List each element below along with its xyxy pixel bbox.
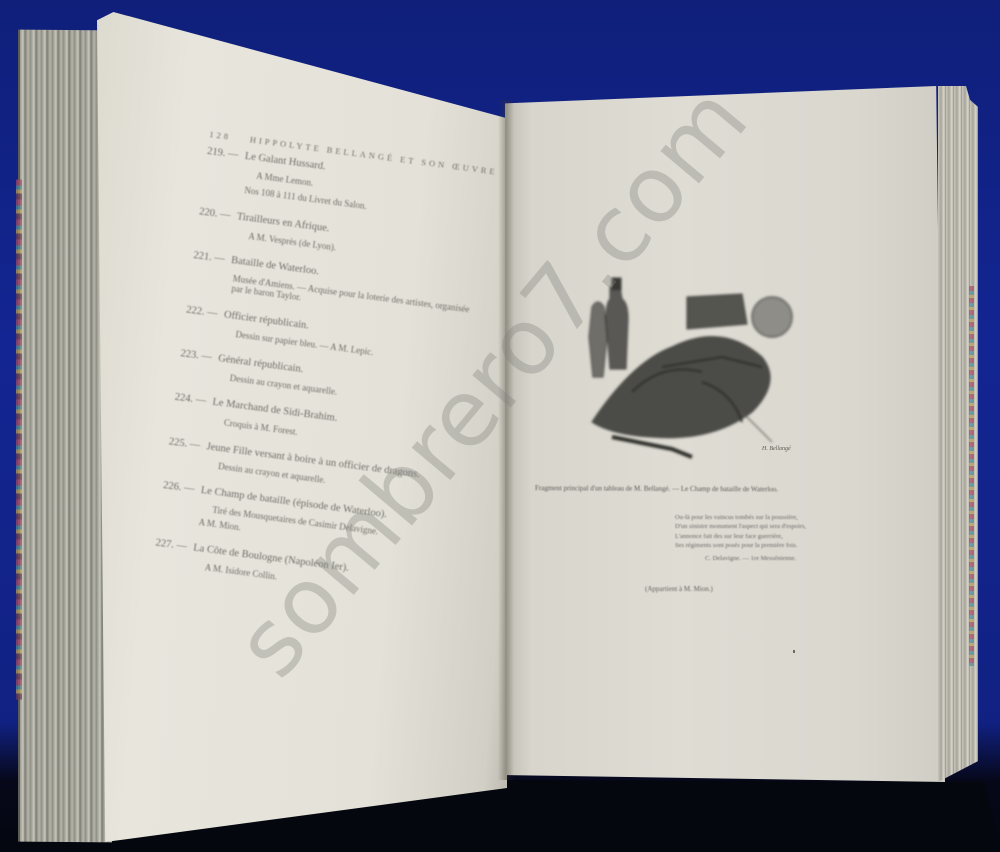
- svg-text:H. Bellangé: H. Bellangé: [761, 446, 791, 452]
- entry-number: 222. —: [185, 304, 224, 321]
- illustration-caption: Fragment principal d'un tableau de M. Be…: [535, 484, 865, 494]
- entry-number: 225. —: [168, 436, 207, 453]
- entry-number: 221. —: [193, 250, 232, 267]
- entry-number: 224. —: [174, 392, 213, 409]
- verse-attribution: C. Delavigne. — 1re Messénienne.: [675, 554, 806, 563]
- verse-line: Ses régiments sont posés pour la premièr…: [675, 541, 806, 550]
- entry-number: 223. —: [180, 348, 219, 365]
- right-page-block: [938, 86, 978, 782]
- entry-number: 220. —: [198, 206, 237, 223]
- verse-quotation: Ou-là pour les vaincus tombés sur la pou…: [675, 513, 806, 563]
- entry-number: 226. —: [162, 480, 201, 497]
- page-number: 128: [209, 129, 232, 142]
- ownership-credit: (Appartient à M. Mion.): [645, 585, 713, 593]
- entry-number: 219. —: [206, 146, 245, 163]
- marbled-edge: [969, 286, 974, 666]
- entry-title: Le Galant Hussard.: [244, 151, 326, 173]
- marbled-edge: [16, 180, 22, 700]
- verse-line: L'annonce fait des sur leur face guerriè…: [675, 532, 806, 541]
- paper-speck: [793, 650, 795, 653]
- verse-line: Ou-là pour les vaincus tombés sur la pou…: [675, 513, 806, 522]
- verse-line: D'un sinistre monument l'aspect qui sera…: [675, 522, 806, 531]
- left-page-block: [18, 30, 112, 843]
- entry-number: 227. —: [155, 538, 194, 555]
